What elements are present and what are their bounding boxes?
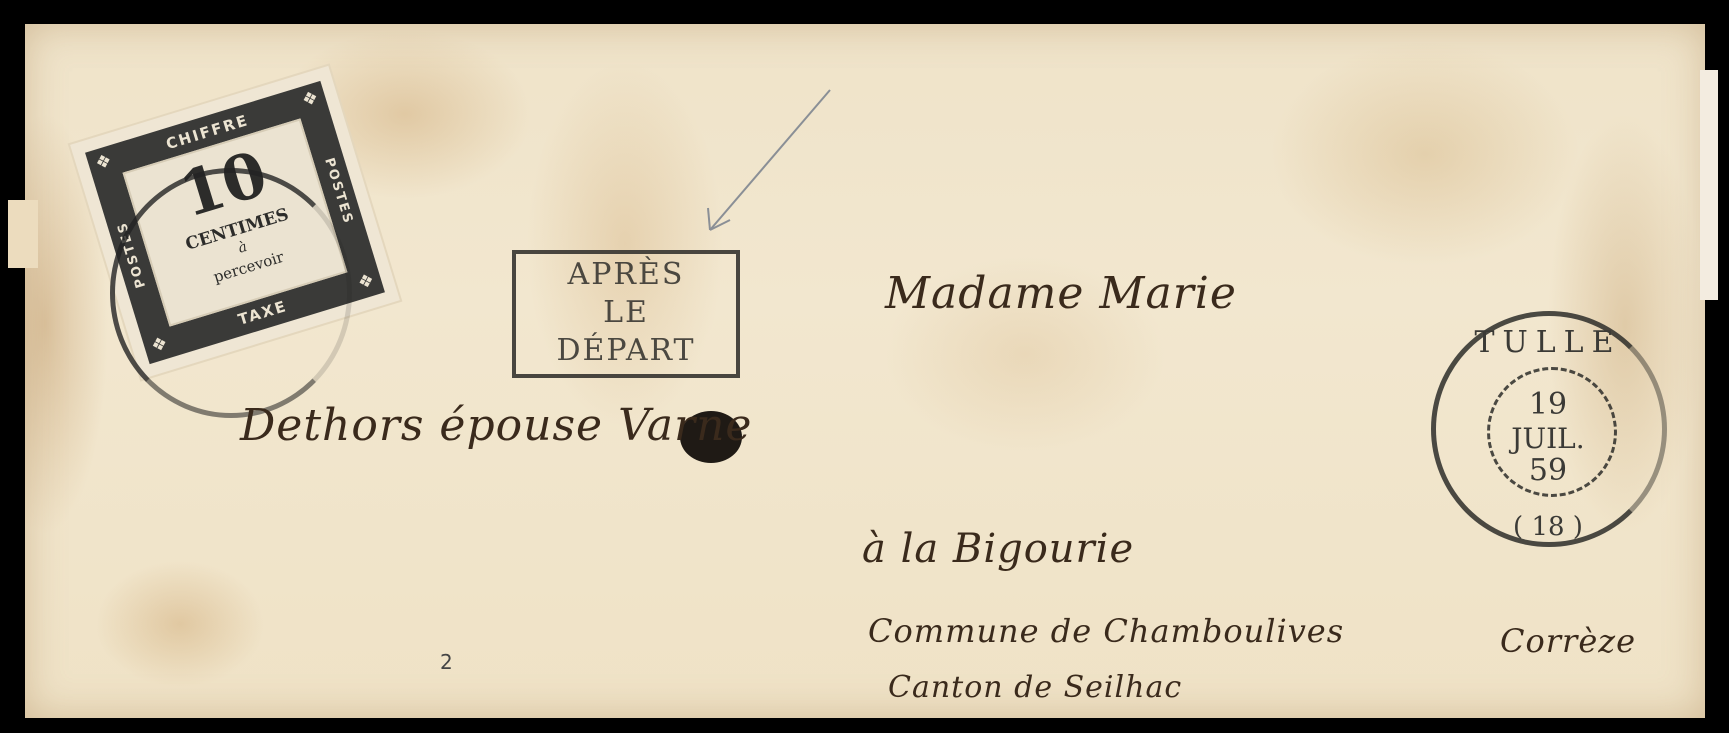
right-flap [1700,70,1718,300]
address-line-place: à la Bigourie [862,526,1134,572]
postmark-month: JUIL. [1425,422,1671,455]
pencil-note: 2 [440,650,453,674]
postmark-year: 59 [1425,453,1671,488]
handstamp-line: DÉPART [516,332,736,370]
postmark-department: ( 18 ) [1425,512,1671,542]
handstamp-line: APRÈS [516,256,736,294]
address-line-name: Dethors épouse Varne [240,400,752,451]
handstamp-line: LE [516,294,736,332]
postmark-day: 19 [1425,387,1671,422]
address-line-canton: Canton de Seilhac [888,670,1182,705]
left-flap [8,200,38,268]
address-line-commune: Commune de Chamboulives [868,612,1344,650]
cancellation-circle [110,168,352,418]
address-line-recipient: Madame Marie [885,268,1237,319]
tulle-postmark: TULLE 19 JUIL. 59 ( 18 ) [1425,305,1671,551]
pencil-arrow-icon [690,82,840,232]
address-line-department: Corrèze [1500,622,1636,660]
postmark-town: TULLE [1425,325,1671,360]
apres-le-depart-handstamp: APRÈS LE DÉPART [512,250,740,378]
